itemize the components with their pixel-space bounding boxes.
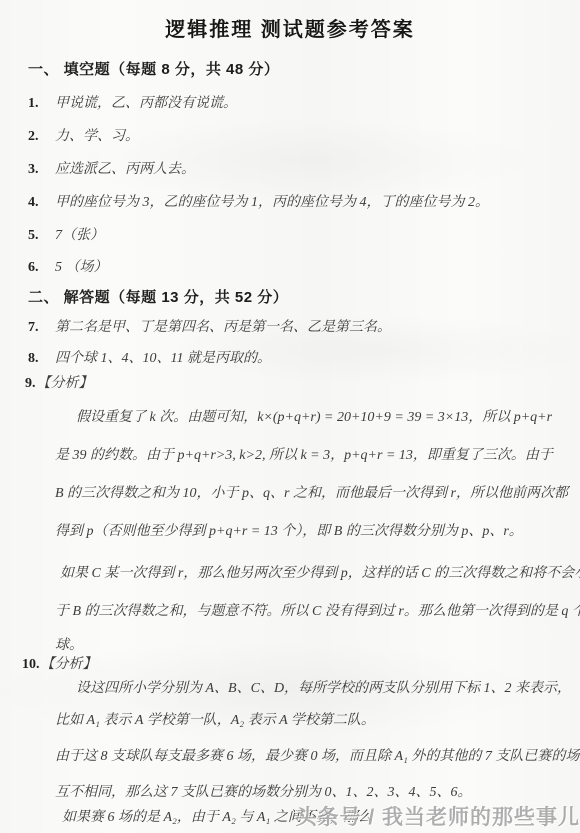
paragraph-line: 互不相同，那么这 7 支队已赛的场数分别为 0、1、2、3、4、5、6。 [55,783,572,803]
page-title: 逻辑推理 测试题参考答案 [0,13,580,42]
watermark: 头条号 / 我当老师的那些事儿 [295,801,580,831]
item-text: 应选派乙、丙两人去。 [55,162,195,177]
paragraph-line: 球。 [55,636,572,656]
document-page: 逻辑推理 测试题参考答案 一、 填空题（每题 8 分，共 48 分） 1.甲说谎… [0,0,580,833]
item-text: 力、学、习。 [55,129,139,144]
item-number: 6. [28,258,55,278]
item-number: 7. [28,318,55,338]
answer-item-8: 8.四个球 1、4、10、11 就是丙取的。 [28,349,570,369]
paragraph-line: 于 B 的三次得数之和，与题意不符。所以 C 没有得到过 r。那么他第一次得到的… [55,602,572,622]
item-text: 第二名是甲、丁是第四名、丙是第一名、乙是第三名。 [55,320,391,335]
answer-item-3: 3.应选派乙、丙两人去。 [28,160,570,180]
section1-heading: 一、 填空题（每题 8 分，共 48 分） [28,60,570,80]
paragraph-line: B 的三次得数之和为 10，小于 p、q、r 之和，而他最后一次得到 r，所以他… [55,484,572,504]
paragraph-line: 是 39 的约数。由于 p+q+r>3, k>2, 所以 k = 3，p+q+r… [55,446,572,466]
item-text: 四个球 1、4、10、11 就是丙取的。 [55,351,271,366]
paragraph-line: 假设重复了 k 次。由题可知，k×(p+q+r) = 20+10+9 = 39 … [76,408,572,428]
answer-item-10-label: 10.【分析】 [22,655,570,675]
item-number: 5. [28,226,55,246]
answer-item-9-label: 9.【分析】 [25,374,570,394]
answer-item-1: 1.甲说谎，乙、丙都没有说谎。 [28,94,570,114]
item-number: 4. [28,193,55,213]
paragraph-line: 如果 C 某一次得到 r，那么他另两次至少得到 p，这样的话 C 的三次得数之和… [60,564,572,584]
answer-item-2: 2.力、学、习。 [28,127,570,147]
paragraph-line: 比如 A₁ 表示 A 学校第一队，A₂ 表示 A 学校第二队。 [55,711,572,731]
analysis-label: 【分析】 [41,657,97,672]
item-number: 10. [22,655,40,675]
section2-heading: 二、 解答题（每题 13 分，共 52 分） [28,288,570,308]
item-text: 甲的座位号为 3，乙的座位号为 1，丙的座位号为 4，丁的座位号为 2。 [55,195,489,210]
paragraph-line: 得到 p（否则他至少得到 p+q+r = 13 个），即 B 的三次得数分别为 … [55,522,572,542]
paragraph-line: 设这四所小学分别为 A、B、C、D，每所学校的两支队分别用下标 1、2 来表示， [76,679,572,699]
item-number: 2. [28,127,55,147]
item-text: 7（张） [55,228,104,243]
item-number: 9. [25,374,36,394]
item-number: 8. [28,349,55,369]
analysis-label: 【分析】 [37,376,93,391]
answer-item-7: 7.第二名是甲、丁是第四名、丙是第一名、乙是第三名。 [28,318,570,338]
item-number: 1. [28,94,55,114]
item-text: 5 （场） [55,260,108,275]
answer-item-6: 6.5 （场） [28,258,570,278]
item-number: 3. [28,160,55,180]
paragraph-line: 由于这 8 支球队每支最多赛 6 场，最少赛 0 场，而且除 A₁ 外的其他的 … [55,747,572,767]
answer-item-4: 4.甲的座位号为 3，乙的座位号为 1，丙的座位号为 4，丁的座位号为 2。 [28,193,570,213]
item-text: 甲说谎，乙、丙都没有说谎。 [55,96,237,111]
answer-item-5: 5.7（张） [28,226,570,246]
